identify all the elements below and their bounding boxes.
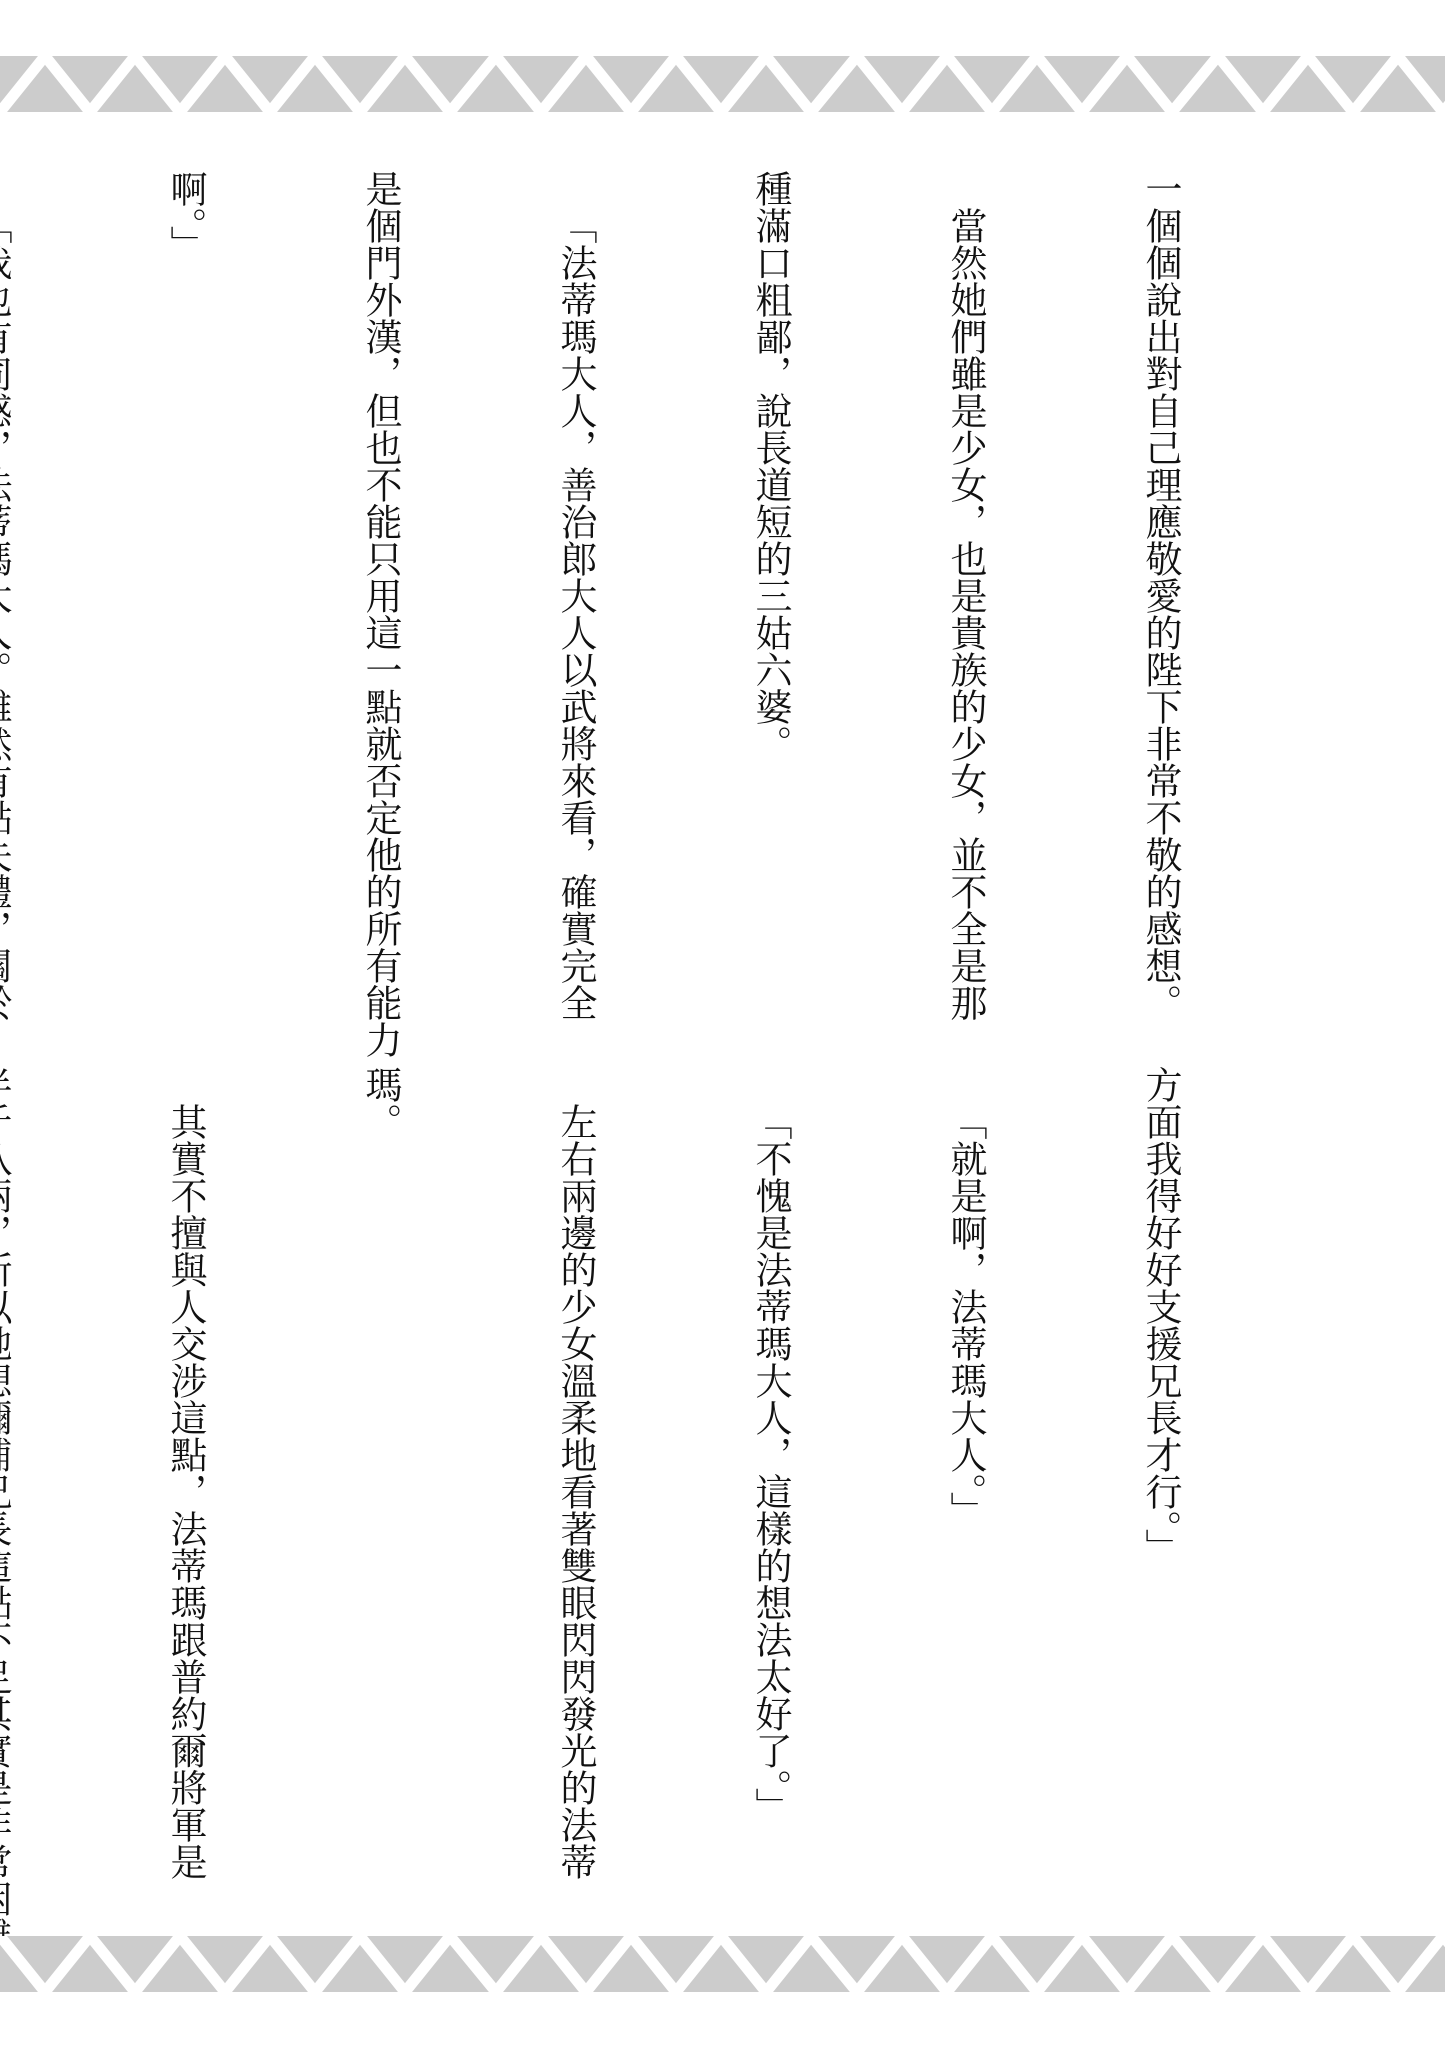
text-line: 啊。」	[153, 170, 218, 990]
text-line: 「不愧是法蒂瑪大人，這樣的想法太好了。」	[738, 1066, 803, 1886]
decorative-triangle-band-top	[0, 56, 1445, 112]
triangle-pattern-icon	[0, 1936, 1445, 1992]
text-line: 方面我得好好支援兄長才行。」	[1128, 1066, 1193, 1886]
text-line: 「就是啊，法蒂瑪大人。」	[933, 1066, 998, 1886]
decorative-triangle-band-bottom	[0, 1936, 1445, 1992]
triangle-pattern-icon	[0, 56, 1445, 112]
text-line: 瑪。	[348, 1066, 413, 1886]
text-line: 一個個說出對自己理應敬愛的陛下非常不敬的感想。	[1128, 170, 1193, 990]
text-line: 「法蒂瑪大人，善治郎大人以武將來看，確實完全	[543, 170, 608, 990]
text-line: 是個門外漢，但也不能只用這一點就否定他的所有能力	[348, 170, 413, 990]
text-line: 種滿口粗鄙，說長道短的三姑六婆。	[738, 170, 803, 990]
text-line: 半斤八兩，所以她想彌補兄長這點不足其實是非常困難	[0, 1066, 23, 1886]
text-line: 左右兩邊的少女溫柔地看著雙眼閃閃發光的法蒂	[543, 1066, 608, 1886]
text-line: 「我也有同感，法蒂瑪大人。雖然有點失禮，關於	[0, 170, 23, 990]
text-line: 當然她們雖是少女，也是貴族的少女，並不全是那	[933, 170, 998, 990]
upper-text-block: 一個個說出對自己理應敬愛的陛下非常不敬的感想。 當然她們雖是少女，也是貴族的少女…	[223, 170, 1323, 990]
text-line: 其實不擅與人交涉這點，法蒂瑪跟普約爾將軍是	[153, 1066, 218, 1886]
lower-text-block: 方面我得好好支援兄長才行。」 「就是啊，法蒂瑪大人。」 「不愧是法蒂瑪大人，這樣…	[223, 1066, 1323, 1886]
